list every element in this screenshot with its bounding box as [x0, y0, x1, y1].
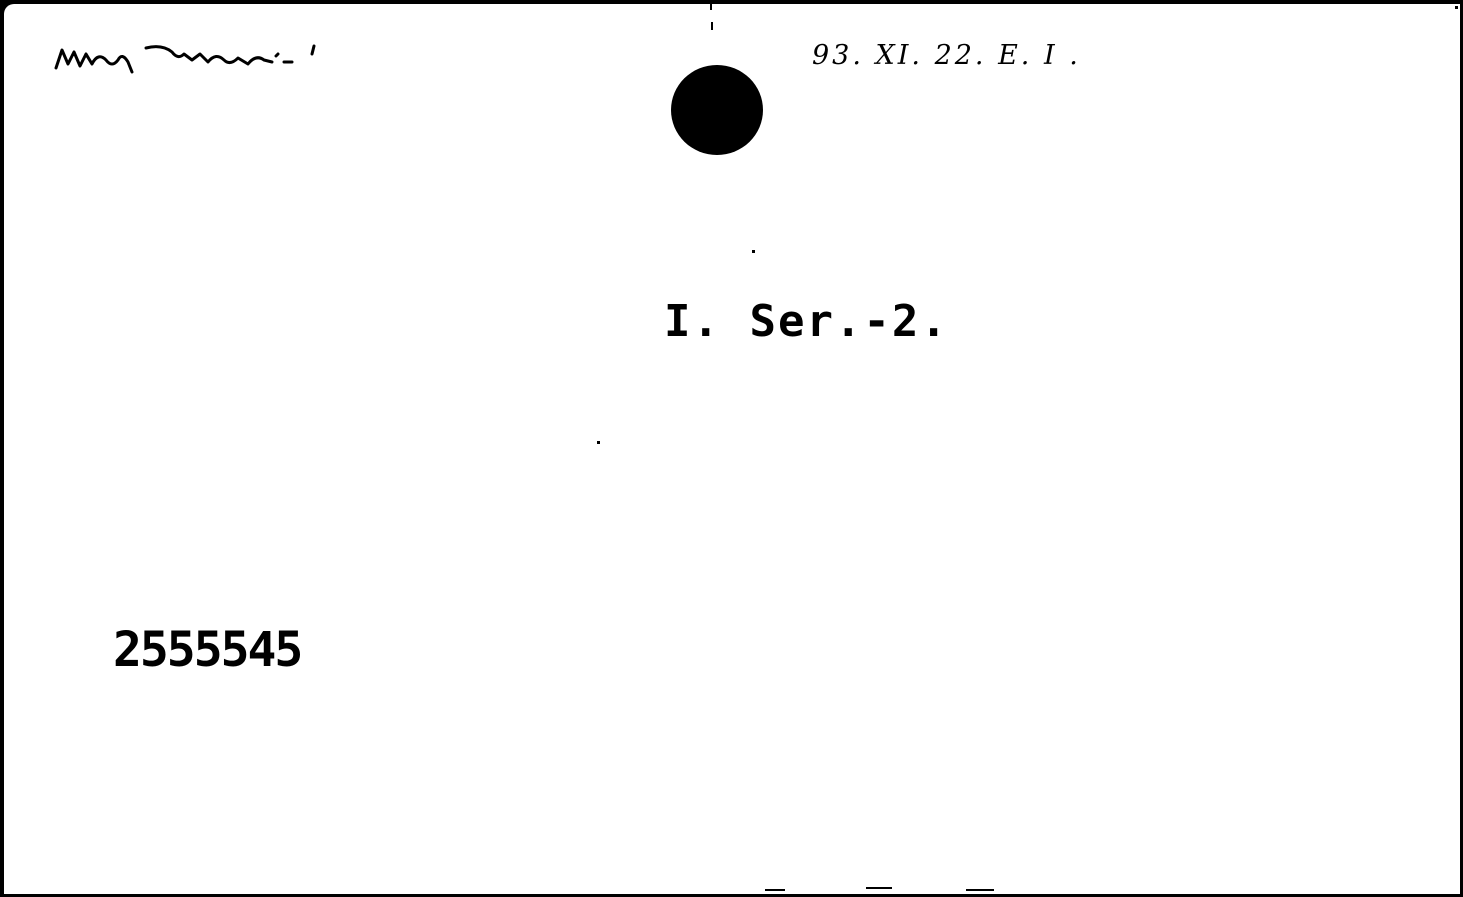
punch-hole [671, 65, 763, 155]
scan-speck [597, 441, 600, 444]
scan-speck [710, 4, 712, 10]
card-number: 2555545 [113, 622, 301, 678]
scan-speck [752, 250, 755, 253]
scan-speck [1455, 6, 1458, 9]
scan-smudge [966, 889, 994, 891]
handwritten-catalog-code: 93. XI. 22. E. I . [812, 40, 1081, 71]
handwritten-signature: Marinoni [52, 38, 322, 78]
scan-speck [711, 22, 713, 30]
card-title: I. Ser.-2. [664, 296, 949, 347]
scan-smudge [765, 889, 785, 891]
scan-smudge [866, 887, 892, 889]
